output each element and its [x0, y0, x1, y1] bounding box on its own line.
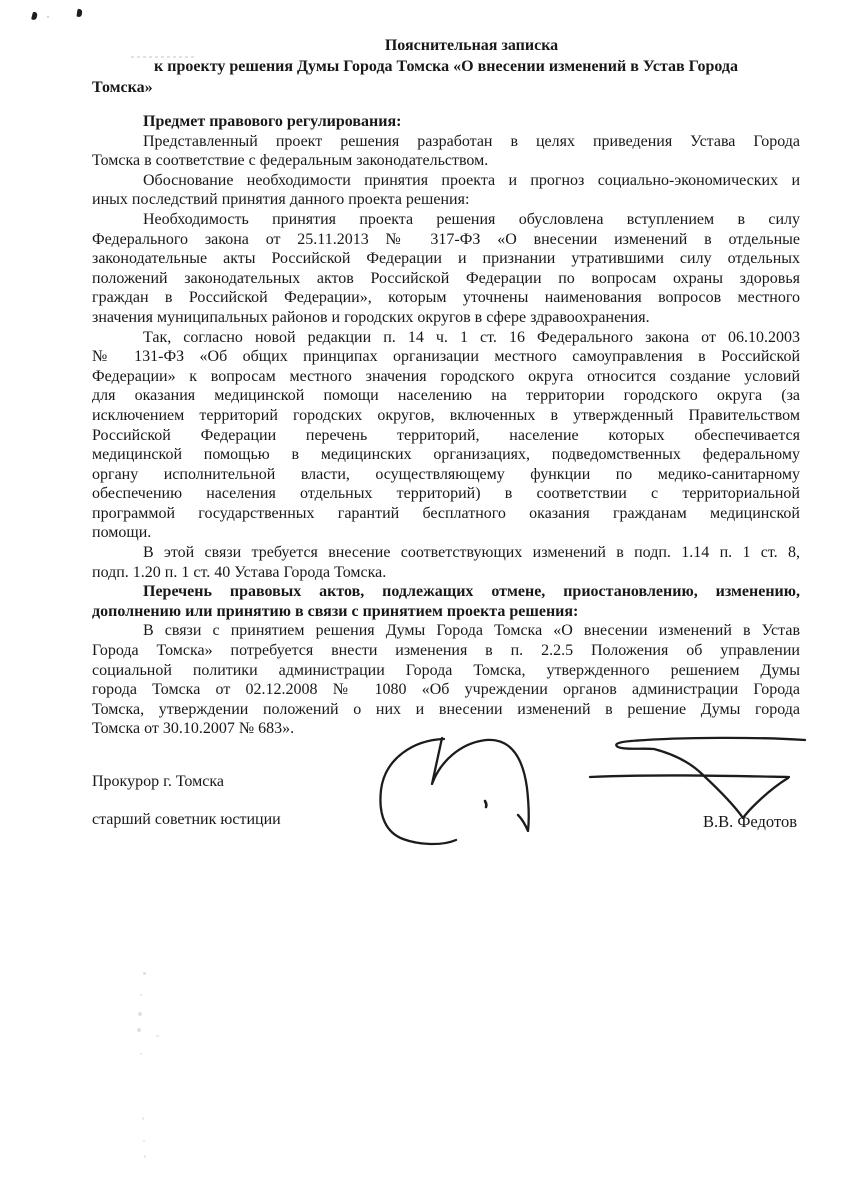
- text-line: В этой связи требуется внесение соответс…: [92, 543, 800, 563]
- text-line: города Томска от 02.12.2008 № 1080 «Об у…: [92, 680, 800, 700]
- signer-position-line2: старший советник юстиции: [92, 810, 281, 829]
- text-line: социальной политики администрации Города…: [92, 661, 800, 681]
- scan-mark-icon: [76, 9, 82, 18]
- text-line: Так, согласно новой редакции п. 14 ч. 1 …: [92, 328, 800, 348]
- text-line: Федерального закона от 25.11.2013 № 317-…: [92, 230, 800, 250]
- text-line: к проекту решения Думы Города Томска «О …: [92, 56, 800, 77]
- text-line: Федерации» к вопросам местного значения …: [92, 367, 800, 387]
- text-line: Российской Федерации перечень территорий…: [92, 426, 800, 446]
- text-line: Томска»: [92, 77, 800, 98]
- text-line: В связи с принятием решения Думы Города …: [92, 621, 800, 641]
- text-line: программой государственных гарантий бесп…: [92, 504, 800, 524]
- text-line: для оказания медицинской помощи населени…: [92, 386, 800, 406]
- scan-speck: [143, 972, 146, 975]
- paragraph-acts-list-heading: Перечень правовых актов, подлежащих отме…: [92, 582, 800, 621]
- scan-speck: [137, 1028, 141, 1032]
- text-line: обеспечению населения отдельных территор…: [92, 484, 800, 504]
- text-line: граждан в Российской Федерации», которым…: [92, 288, 800, 308]
- paragraph-subject-heading: Предмет правового регулирования:: [92, 112, 800, 132]
- paragraph-justification-heading: Обоснование необходимости принятия проек…: [92, 171, 800, 210]
- scan-mark-icon: [31, 12, 38, 21]
- text-line: Пояснительная записка: [92, 35, 800, 56]
- text-line: помощи.: [92, 523, 800, 543]
- text-line: Перечень правовых актов, подлежащих отме…: [92, 582, 800, 602]
- scan-speck: [156, 1035, 159, 1037]
- text-line: положений законодательных актов Российск…: [92, 269, 800, 289]
- text-line: Представленный проект решения разработан…: [92, 132, 800, 152]
- text-line: Предмет правового регулирования:: [92, 112, 800, 132]
- paragraph-required-amendments: В этой связи требуется внесение соответс…: [92, 543, 800, 582]
- prosecutor-signature: [372, 730, 537, 852]
- fedotov-signature: [585, 728, 807, 828]
- scan-speck: [143, 1140, 145, 1142]
- text-line: значения муниципальных районов и городск…: [92, 308, 800, 328]
- paragraph-federal-law-131: Так, согласно новой редакции п. 14 ч. 1 …: [92, 328, 800, 544]
- text-line: № 131-ФЗ «Об общих принципах организации…: [92, 347, 800, 367]
- document-title: Пояснительная запискак проекту решения Д…: [92, 35, 800, 98]
- paragraph-purpose: Представленный проект решения разработан…: [92, 132, 800, 171]
- text-line: законодательные акты Российской Федераци…: [92, 249, 800, 269]
- text-line: подп. 1.20 п. 1 ст. 40 Устава Города Том…: [92, 563, 800, 583]
- text-line: органу исполнительной власти, осуществля…: [92, 465, 800, 485]
- signer-position: Прокурор г. Томска старший советник юсти…: [92, 772, 281, 829]
- text-line: Томска в соответствие с федеральным зако…: [92, 151, 800, 171]
- text-line: дополнению или принятию в связи с принят…: [92, 602, 800, 622]
- scan-speck: [138, 1012, 142, 1016]
- scanned-document-page: Пояснительная запискак проекту решения Д…: [0, 0, 850, 1196]
- text-line: медицинской помощью в медицинских органи…: [92, 445, 800, 465]
- scan-speck: [140, 994, 142, 996]
- text-line: иных последствий принятия данного проект…: [92, 190, 800, 210]
- text-line: Обоснование необходимости принятия проек…: [92, 171, 800, 191]
- text-line: исключением территорий городских округов…: [92, 406, 800, 426]
- signer-position-line1: Прокурор г. Томска: [92, 772, 281, 791]
- scan-speck: [142, 1117, 144, 1120]
- scan-speck: [140, 1053, 142, 1055]
- text-line: Города Томска» потребуется внести измене…: [92, 641, 800, 661]
- text-line: Томска, утверждении положений о них и вн…: [92, 700, 800, 720]
- text-line: Необходимость принятия проекта решения о…: [92, 210, 800, 230]
- scan-speck: [144, 1155, 146, 1158]
- document-body: Предмет правового регулирования: Предста…: [92, 112, 800, 739]
- scan-speck: [47, 16, 49, 18]
- paragraph-consequential-changes: В связи с принятием решения Думы Города …: [92, 621, 800, 739]
- paragraph-federal-law-317: Необходимость принятия проекта решения о…: [92, 210, 800, 328]
